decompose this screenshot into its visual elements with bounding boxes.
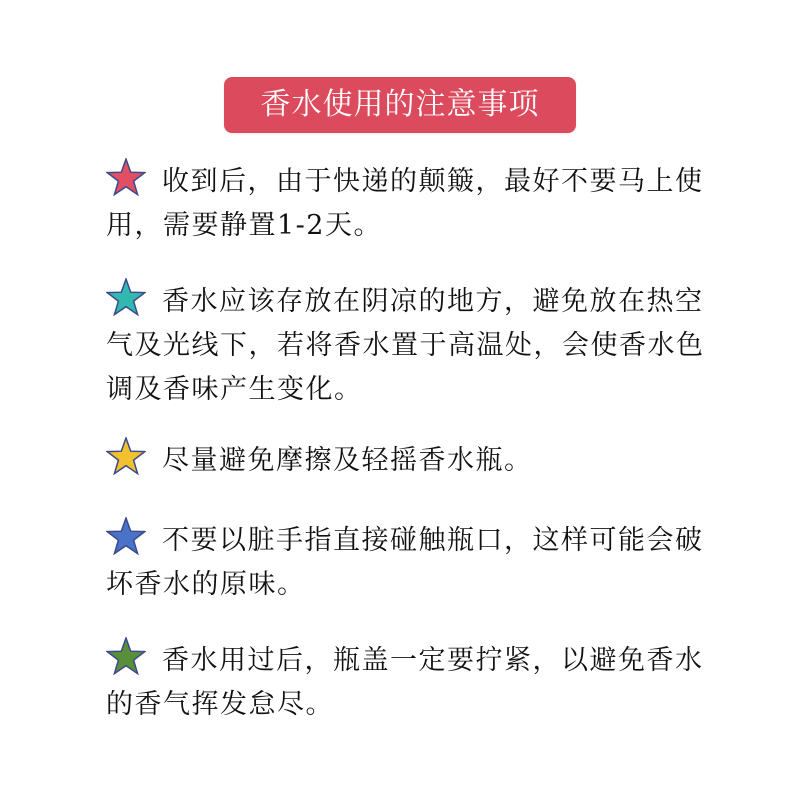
note-item-3: 尽量避免摩擦及轻摇香水瓶。	[106, 437, 706, 483]
star-icon	[106, 158, 146, 196]
note-item-4: 不要以脏手指直接碰触瓶口，这样可能会破坏香水的原味。	[106, 517, 706, 607]
note-text: 不要以脏手指直接碰触瓶口，这样可能会破坏香水的原味。	[106, 525, 704, 600]
note-item-2: 香水应该存放在阴凉的地方，避免放在热空气及光线下，若将香水置于高温处，会使香水色…	[106, 278, 706, 412]
note-text: 香水用过后，瓶盖一定要拧紧，以避免香水的香气挥发怠尽。	[106, 645, 704, 720]
note-text: 收到后，由于快递的颠簸，最好不要马上使用，需要静置1-2天。	[106, 166, 704, 241]
star-icon	[106, 278, 146, 316]
note-item-5: 香水用过后，瓶盖一定要拧紧，以避免香水的香气挥发怠尽。	[106, 637, 706, 727]
star-icon	[106, 437, 146, 475]
note-text: 尽量避免摩擦及轻摇香水瓶。	[162, 445, 533, 476]
star-icon	[106, 517, 146, 555]
page-title: 香水使用的注意事项	[261, 90, 540, 120]
note-item-1: 收到后，由于快递的颠簸，最好不要马上使用，需要静置1-2天。	[106, 158, 706, 248]
note-text: 香水应该存放在阴凉的地方，避免放在热空气及光线下，若将香水置于高温处，会使香水色…	[106, 286, 705, 405]
star-icon	[106, 637, 146, 675]
title-banner: 香水使用的注意事项	[224, 77, 576, 133]
